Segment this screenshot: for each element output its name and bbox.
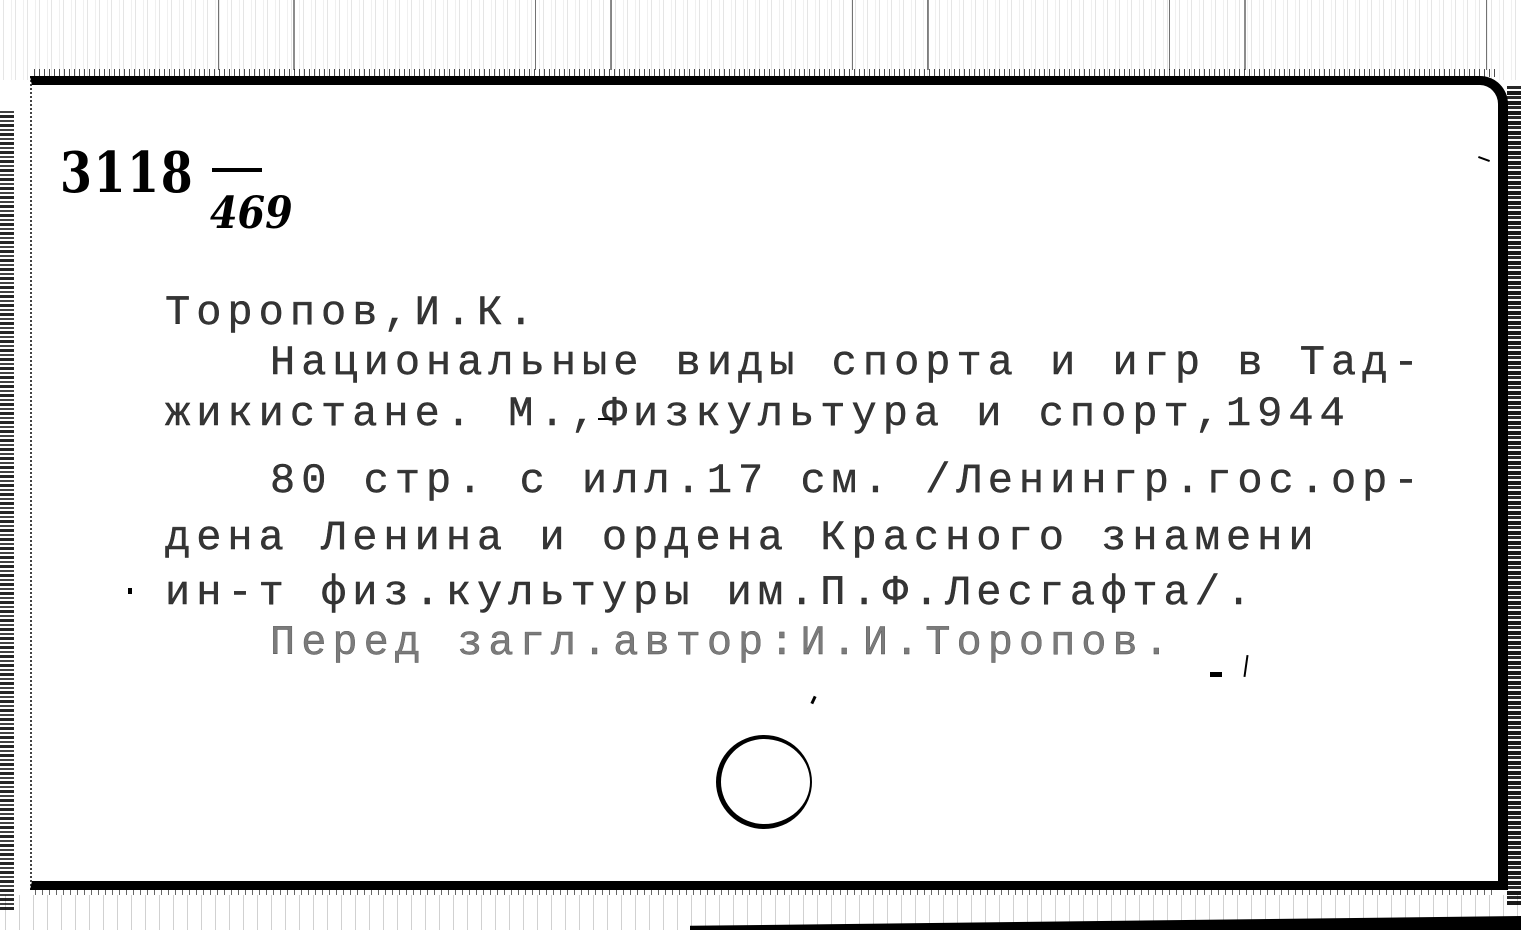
title-line-2: жикистане. М.,Физкультура и спорт,1944 <box>165 393 1351 435</box>
call-number-main: 3118 <box>60 140 194 206</box>
left-edge-scan-noise <box>0 110 14 910</box>
call-number-sub: 469 <box>210 188 293 239</box>
collation-line: 80 стр. с илл.17 см. /Ленингр.гос.ор- <box>270 460 1425 502</box>
author-heading: Торопов,И.К. <box>165 292 539 334</box>
note-line: Перед загл.автор:И.И.Торопов. <box>270 622 1175 664</box>
speck <box>128 588 132 594</box>
speck <box>1210 672 1222 677</box>
punch-hole <box>716 735 812 829</box>
scan-noise-streaks <box>0 0 1521 70</box>
speck <box>598 418 612 420</box>
series-line-2: ин-т физ.культуры им.П.Ф.Лесгафта/. <box>165 572 1257 614</box>
scan-noise-top <box>0 0 1521 80</box>
right-edge-scan-noise <box>1507 85 1521 905</box>
title-line-1: Национальные виды спорта и игр в Тад- <box>270 342 1425 384</box>
call-number-divider <box>212 168 262 172</box>
series-line-1: дена Ленина и ордена Красного знамени <box>165 517 1320 559</box>
